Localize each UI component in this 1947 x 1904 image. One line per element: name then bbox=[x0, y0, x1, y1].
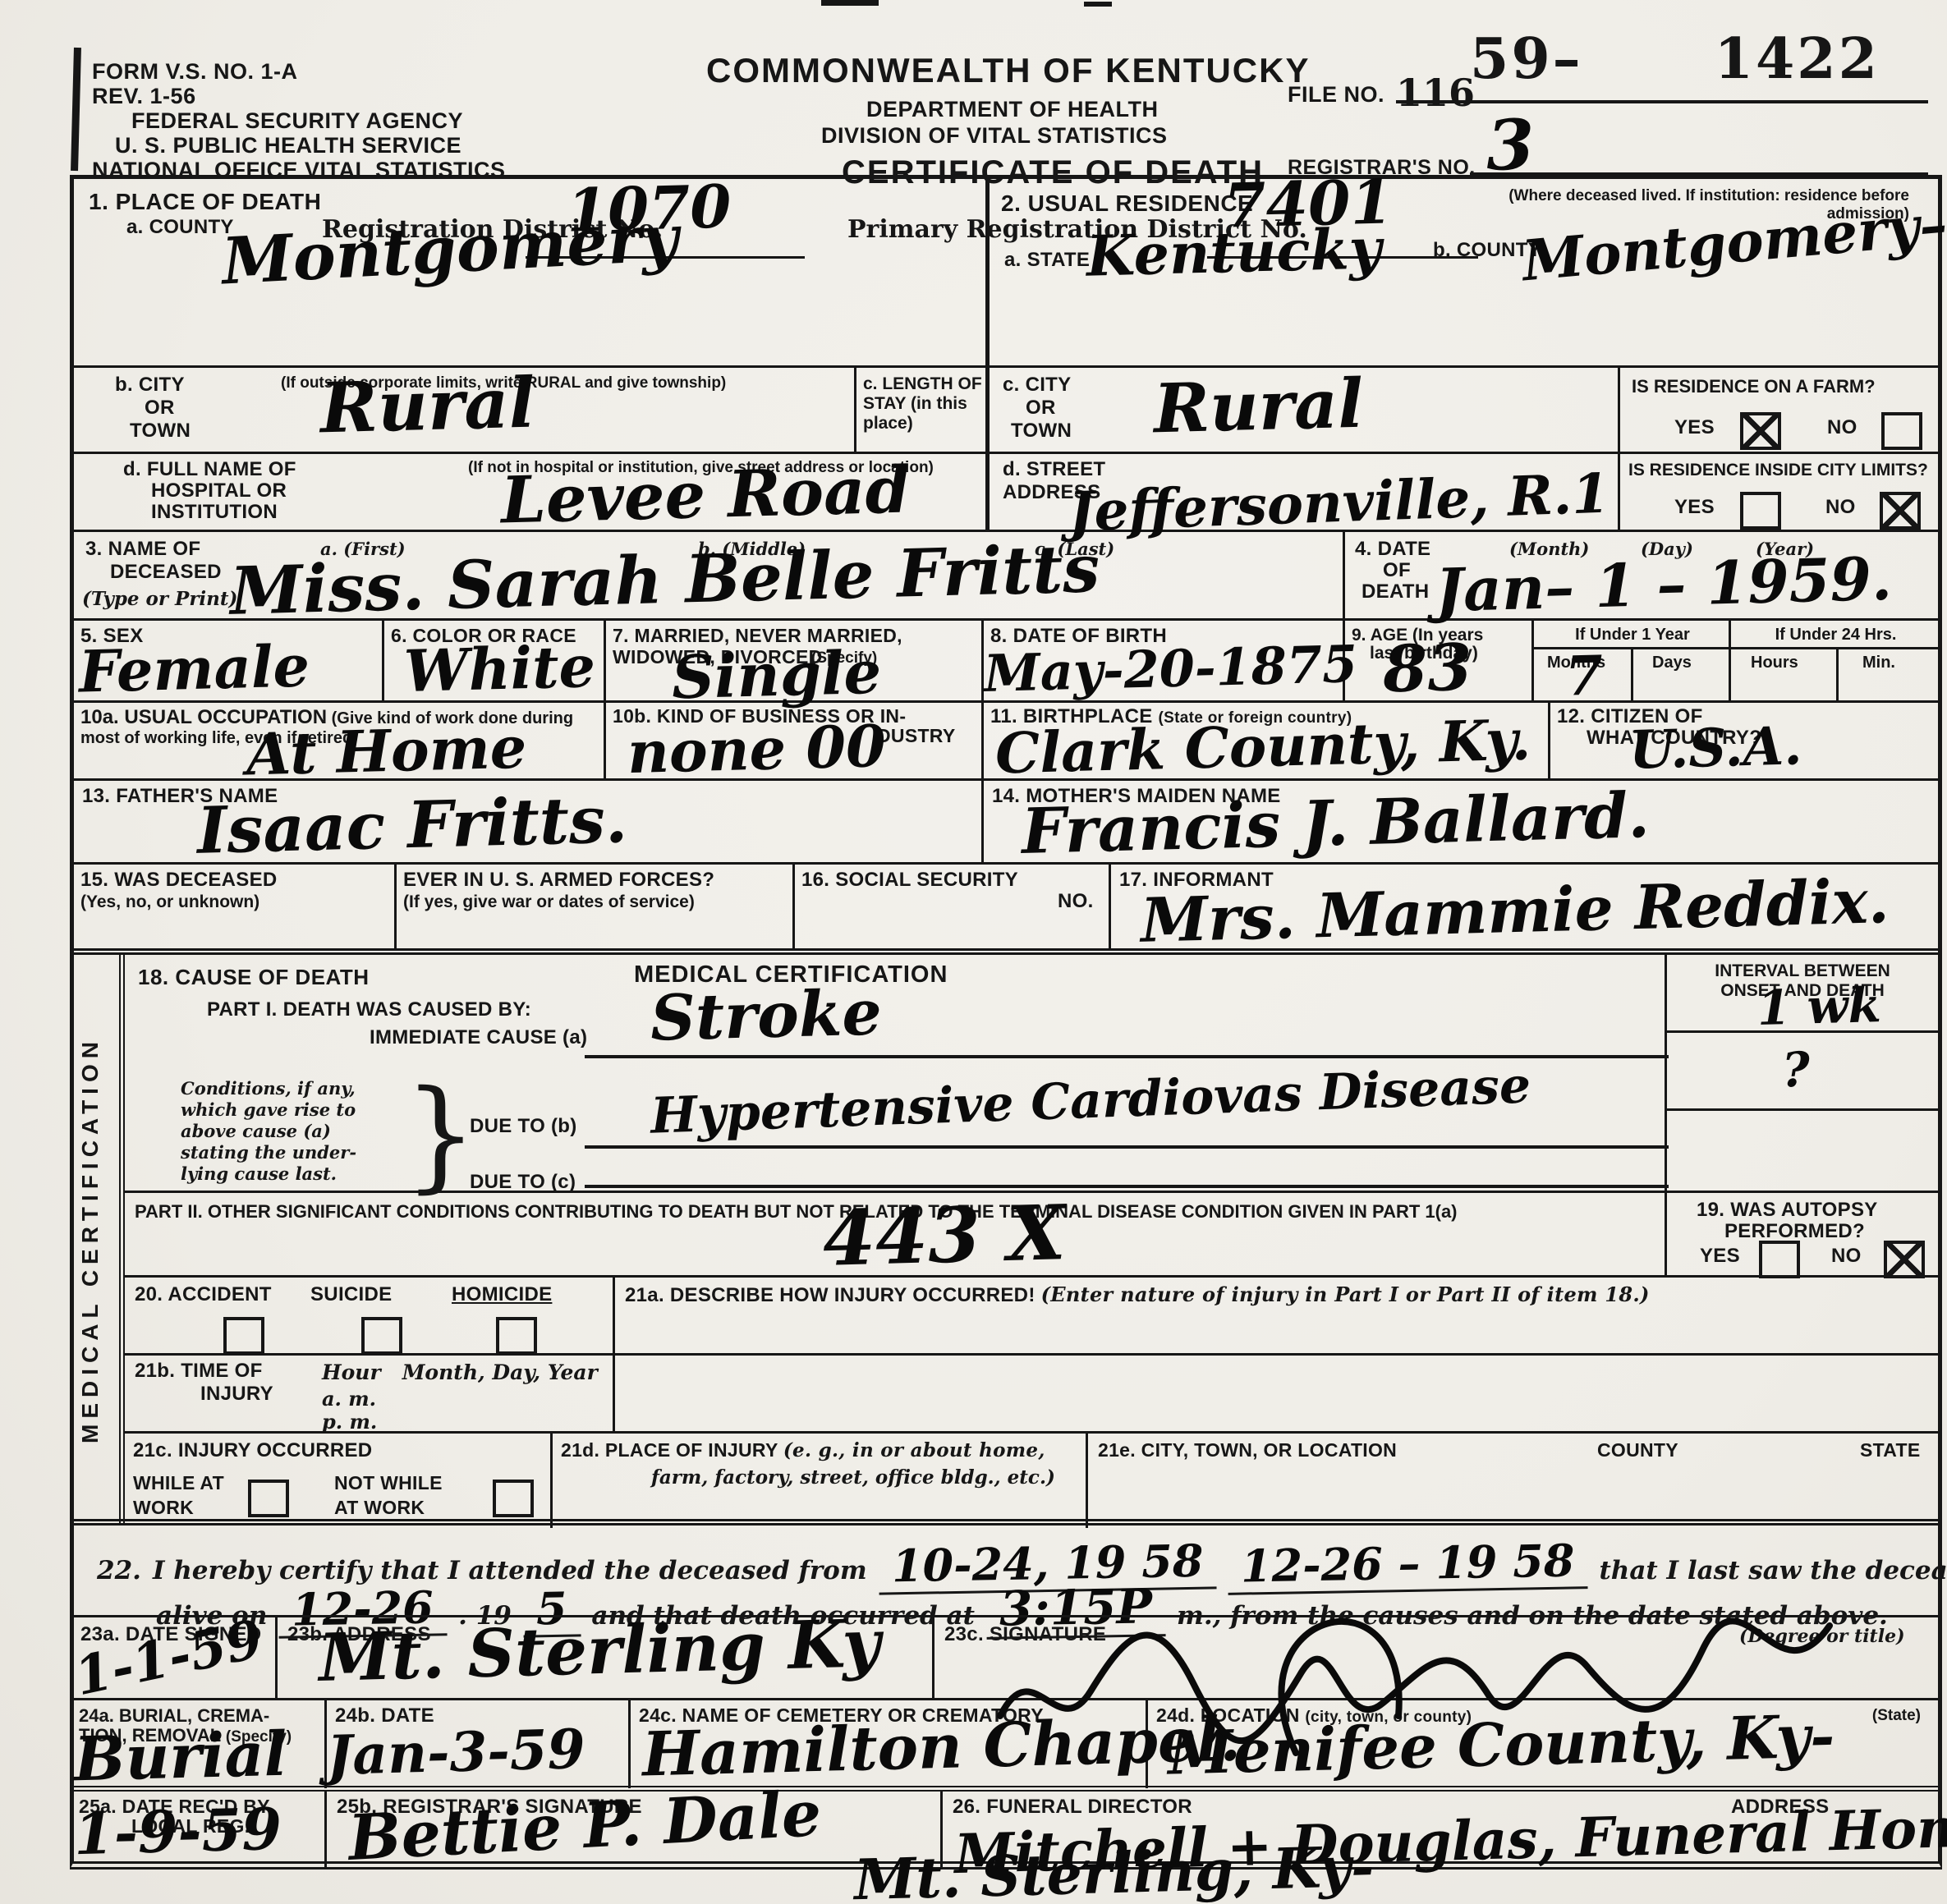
limits-question: IS RESIDENCE INSIDE CITY LIMITS? bbox=[1628, 461, 1928, 480]
usual-residence-title: 2. USUAL RESIDENCE bbox=[1001, 190, 1253, 217]
injury-occurred-cell: 21c. INJURY OCCURRED WHILE AT WORK NOT W… bbox=[125, 1434, 550, 1528]
name-label-1: 3. NAME OF bbox=[85, 539, 200, 560]
agency-line-1: FEDERAL SECURITY AGENCY bbox=[131, 108, 463, 134]
autopsy-yes-label: YES bbox=[1700, 1246, 1740, 1267]
while-at-label-2: WORK bbox=[133, 1498, 194, 1518]
describe-injury-cell: 21a. DESCRIBE HOW INJURY OCCURRED! (Ente… bbox=[613, 1278, 1938, 1356]
injury-city-label: 21e. CITY, TOWN, OR LOCATION bbox=[1098, 1440, 1397, 1461]
sex-cell: 5. SEX Female bbox=[74, 621, 382, 703]
place-of-injury-note-1: (e. g., in or about home, bbox=[783, 1439, 1045, 1461]
father-cell: 13. FATHER'S NAME Isaac Fritts. bbox=[74, 781, 981, 865]
cause-of-death-label: 18. CAUSE OF DEATH bbox=[138, 965, 370, 990]
file-stamp-value: 59– 1422 bbox=[1470, 26, 1880, 92]
place-of-injury-text: 21d. PLACE OF INJURY bbox=[561, 1439, 778, 1461]
residence-city-label-1: c. CITY bbox=[1003, 374, 1071, 396]
mother-cell: 14. MOTHER'S MAIDEN NAME Francis J. Ball… bbox=[981, 781, 1940, 865]
ssn-label-2: NO. bbox=[1058, 891, 1094, 912]
autopsy-label-1: 19. WAS AUTOPSY bbox=[1697, 1200, 1878, 1221]
under-1-vline bbox=[1631, 647, 1633, 703]
suicide-checkbox bbox=[361, 1317, 402, 1355]
not-while-label-2: AT WORK bbox=[334, 1498, 425, 1518]
death-certificate-scan: FORM V.S. NO. 1-A REV. 1-56 FEDERAL SECU… bbox=[0, 0, 1947, 1904]
form-number: FORM V.S. NO. 1-A bbox=[92, 59, 298, 85]
form-revision: REV. 1-56 bbox=[92, 84, 196, 109]
signer-address-cell: 23b. ADDRESS Mt. Sterling Ky bbox=[275, 1617, 934, 1700]
time-injury-label-2: INJURY bbox=[200, 1383, 273, 1405]
days-label: Days bbox=[1652, 654, 1692, 672]
place-city-label-3: TOWN bbox=[130, 420, 191, 442]
funeral-director-city-overflow: Mt. Sterling, Ky- bbox=[853, 1839, 1375, 1904]
was-deceased-label: 15. WAS DECEASED bbox=[80, 869, 278, 891]
row-occupation: 10a. USUAL OCCUPATION (Give kind of work… bbox=[74, 700, 1938, 781]
page-title: COMMONWEALTH OF KENTUCKY bbox=[706, 51, 1310, 90]
race-value: White bbox=[403, 638, 596, 700]
name-label-2: DECEASED bbox=[110, 562, 222, 583]
occupation-cell: 10a. USUAL OCCUPATION (Give kind of work… bbox=[74, 703, 604, 781]
deceased-name-value: Miss. Sarah Belle Fritts bbox=[229, 535, 1100, 624]
due-to-b-label: DUE TO (b) bbox=[470, 1116, 577, 1137]
birthplace-cell: 11. BIRTHPLACE (State or foreign country… bbox=[981, 703, 1550, 781]
ssn-cell: 16. SOCIAL SECURITY NO. bbox=[792, 865, 1111, 951]
immediate-cause-label: IMMEDIATE CAUSE (a) bbox=[370, 1027, 587, 1048]
autopsy-no-label: NO bbox=[1831, 1246, 1862, 1267]
row-signed: 23a. DATE SIGNED 1-1-59 23b. ADDRESS Mt.… bbox=[74, 1615, 1938, 1700]
stay-label-1: c. LENGTH OF bbox=[863, 374, 982, 394]
residence-farm-cell: IS RESIDENCE ON A FARM? YES NO bbox=[1618, 368, 1940, 454]
hospital-cell: d. FULL NAME OF HOSPITAL OR INSTITUTION … bbox=[74, 454, 985, 532]
hospital-label-1: d. FULL NAME OF bbox=[123, 459, 296, 480]
conditions-line-4: stating the under- bbox=[181, 1142, 356, 1163]
deceased-name-cell: 3. NAME OF DECEASED (Type or Print) a. (… bbox=[74, 532, 1343, 621]
residence-state-label: a. STATE bbox=[1004, 250, 1090, 271]
date-received-cell: 25a. DATE REC'D BY LOCAL REG. 1-9-59 bbox=[74, 1792, 324, 1867]
place-of-injury-note-2: farm, factory, street, office bldg., etc… bbox=[651, 1466, 1055, 1489]
place-city-value: Rural bbox=[319, 369, 536, 443]
time-of-injury-cell: 21b. TIME OF INJURY Hour Month, Day, Yea… bbox=[125, 1356, 615, 1434]
business-cell: 10b. KIND OF BUSINESS OR IN- DUSTRY none… bbox=[604, 703, 984, 781]
age-cell: 9. AGE (In years last birthday) 83 bbox=[1343, 621, 1534, 703]
homicide-label: HOMICIDE bbox=[452, 1284, 552, 1305]
informant-cell: 17. INFORMANT Mrs. Mammie Reddix. bbox=[1109, 865, 1940, 951]
limits-yes-label: YES bbox=[1674, 497, 1715, 518]
file-no-underline bbox=[1396, 100, 1928, 103]
marital-value: Single bbox=[671, 643, 882, 708]
street-label-1: d. STREET bbox=[1003, 459, 1105, 480]
interval-b-cell: ? bbox=[1667, 1033, 1938, 1111]
burial-location-state-note: (State) bbox=[1872, 1707, 1921, 1725]
limits-yes-checkbox bbox=[1740, 492, 1781, 530]
dod-label-1: 4. DATE bbox=[1355, 539, 1430, 560]
burial-value: Burial bbox=[73, 1724, 287, 1791]
residence-city-value: Rural bbox=[1153, 370, 1364, 443]
citizen-cell: 12. CITIZEN OF WHAT COUNTRY? U.S.A. bbox=[1548, 703, 1940, 781]
ssn-label-1: 16. SOCIAL SECURITY bbox=[801, 869, 1018, 891]
signer-address-value: Mt. Sterling Ky bbox=[318, 1610, 881, 1691]
min-label: Min. bbox=[1862, 654, 1895, 672]
place-city-label-2: OR bbox=[145, 397, 175, 419]
accident-checkbox bbox=[223, 1317, 264, 1355]
county-label: a. COUNTY bbox=[126, 217, 234, 238]
residence-city-label-3: TOWN bbox=[1011, 420, 1072, 442]
burial-date-cell: 24b. DATE Jan-3-59 bbox=[324, 1700, 631, 1788]
hospital-value: Levee Road bbox=[500, 458, 911, 533]
injury-occurred-label: 21c. INJURY OCCURRED bbox=[133, 1440, 372, 1461]
row-city-farm: b. CITY OR TOWN (If outside corporate li… bbox=[74, 365, 1938, 454]
registrar-signature-cell: 25b. REGISTRAR'S SIGNATURE Bettie P. Dal… bbox=[324, 1792, 943, 1867]
marital-cell: 7. MARRIED, NEVER MARRIED, WIDOWED, DIVO… bbox=[604, 621, 984, 703]
agency-line-2: U. S. PUBLIC HEALTH SERVICE bbox=[115, 133, 461, 158]
not-while-label-1: NOT WHILE bbox=[334, 1473, 443, 1493]
cause-of-death-area: 18. CAUSE OF DEATH MEDICAL CERTIFICATION… bbox=[125, 955, 1938, 1191]
injury-location-area: 21c. INJURY OCCURRED WHILE AT WORK NOT W… bbox=[125, 1431, 1938, 1528]
usual-residence-cell: 2. USUAL RESIDENCE (Where deceased lived… bbox=[985, 179, 1942, 365]
farm-yes-checkbox bbox=[1740, 412, 1781, 450]
date-received-value: 1-9-59 bbox=[73, 1801, 282, 1864]
medical-certification-block: MEDICAL CERTIFICATION 18. CAUSE OF DEATH… bbox=[74, 948, 1938, 1525]
conditions-line-3: above cause (a) bbox=[181, 1121, 331, 1141]
conditions-brace: } bbox=[404, 1065, 477, 1205]
suicide-label: SUICIDE bbox=[310, 1284, 392, 1305]
dob-value: May-20-1875 bbox=[983, 639, 1358, 700]
farm-no-checkbox bbox=[1881, 412, 1922, 450]
under-24-title: If Under 24 Hrs. bbox=[1731, 626, 1940, 645]
place-of-death-title: 1. PLACE OF DEATH bbox=[89, 189, 321, 215]
interval-value: 1 wk bbox=[1756, 981, 1881, 1032]
while-at-work-checkbox bbox=[248, 1480, 289, 1517]
physician-signature-scrawl bbox=[984, 1560, 1854, 1757]
time-injury-columns: Hour Month, Day, Year bbox=[322, 1360, 598, 1384]
dod-label-2: OF bbox=[1383, 560, 1411, 581]
cause-b-line bbox=[585, 1145, 1669, 1149]
certify-number: 22. bbox=[97, 1556, 141, 1585]
scan-corner-mark bbox=[71, 48, 81, 171]
citizen-value: U.S.A. bbox=[1628, 720, 1802, 777]
residence-city-label-2: OR bbox=[1026, 397, 1056, 419]
limits-no-checkbox bbox=[1880, 492, 1921, 530]
under-1-year-cell: If Under 1 Year Months Days 7 bbox=[1531, 621, 1731, 703]
farm-no-label: NO bbox=[1827, 417, 1857, 438]
file-no-value: 116 bbox=[1396, 71, 1475, 115]
row-parents: 13. FATHER'S NAME Isaac Fritts. 14. MOTH… bbox=[74, 778, 1938, 865]
street-address-cell: d. STREET ADDRESS Jeffersonville, R.1 bbox=[985, 454, 1622, 532]
immediate-cause-value: Stroke bbox=[650, 981, 883, 1049]
interval-cell: INTERVAL BETWEEN ONSET AND DEATH 1 wk bbox=[1667, 955, 1938, 1033]
was-deceased-note: (Yes, no, or unknown) bbox=[80, 892, 259, 912]
county-value: Montgomery bbox=[220, 206, 680, 294]
autopsy-yes-checkbox bbox=[1759, 1241, 1800, 1278]
describe-injury-text: 21a. DESCRIBE HOW INJURY OCCURRED! bbox=[625, 1284, 1035, 1306]
residence-state-value: Kentucky bbox=[1086, 221, 1382, 284]
accident-label: 20. ACCIDENT bbox=[135, 1284, 272, 1305]
place-of-injury-label: 21d. PLACE OF INJURY (e. g., in or about… bbox=[561, 1440, 1045, 1461]
residence-city-cell: c. CITY OR TOWN Rural bbox=[985, 368, 1622, 454]
row-hospital-street: d. FULL NAME OF HOSPITAL OR INSTITUTION … bbox=[74, 452, 1938, 532]
autopsy-no-checkbox bbox=[1884, 1241, 1925, 1278]
farm-yes-label: YES bbox=[1674, 417, 1715, 438]
funeral-director-label: 26. FUNERAL DIRECTOR bbox=[953, 1796, 1192, 1818]
place-city-label-1: b. CITY bbox=[115, 374, 185, 396]
father-value: Isaac Fritts. bbox=[196, 788, 628, 864]
date-signed-cell: 23a. DATE SIGNED 1-1-59 bbox=[74, 1617, 275, 1700]
months-value: 7 bbox=[1564, 648, 1604, 703]
cause-c-line bbox=[585, 1185, 1669, 1188]
medical-content: 18. CAUSE OF DEATH MEDICAL CERTIFICATION… bbox=[125, 955, 1938, 1525]
interval-b-value: ? bbox=[1781, 1046, 1810, 1094]
hours-label: Hours bbox=[1751, 654, 1798, 672]
autopsy-label-2: PERFORMED? bbox=[1724, 1221, 1865, 1242]
under-24-hrs-cell: If Under 24 Hrs. Hours Min. bbox=[1729, 621, 1940, 703]
place-of-injury-cell: 21d. PLACE OF INJURY (e. g., in or about… bbox=[550, 1434, 1088, 1528]
while-at-label-1: WHILE AT bbox=[133, 1473, 224, 1493]
manner-area: 20. ACCIDENT SUICIDE HOMICIDE 21a. DESCR… bbox=[125, 1275, 1938, 1356]
time-of-injury-area: 21b. TIME OF INJURY Hour Month, Day, Yea… bbox=[125, 1353, 1938, 1434]
injury-city-cell: 21e. CITY, TOWN, OR LOCATION COUNTY STAT… bbox=[1086, 1434, 1938, 1528]
row-name-dod: 3. NAME OF DECEASED (Type or Print) a. (… bbox=[74, 530, 1938, 621]
time-injury-pm: p. m. bbox=[322, 1410, 377, 1434]
mother-value: Francis J. Ballard. bbox=[1021, 784, 1650, 863]
part2-value: 443 X bbox=[822, 1195, 1067, 1277]
dod-value: Jan– 1 – 1959. bbox=[1435, 549, 1893, 621]
under-24-vline bbox=[1836, 647, 1839, 703]
interval-column: INTERVAL BETWEEN ONSET AND DEATH 1 wk ? bbox=[1665, 955, 1938, 1191]
armed-forces-note: (If yes, give war or dates of service) bbox=[403, 892, 695, 912]
hospital-label-3: INSTITUTION bbox=[151, 502, 278, 523]
autopsy-cell: 19. WAS AUTOPSY PERFORMED? YES NO bbox=[1665, 1193, 1938, 1278]
business-label-2: DUSTRY bbox=[877, 726, 956, 746]
scan-top-mark-2 bbox=[1084, 2, 1112, 7]
under-1-year-title: If Under 1 Year bbox=[1534, 626, 1731, 645]
time-injury-label-1: 21b. TIME OF bbox=[135, 1360, 263, 1382]
dob-cell: 8. DATE OF BIRTH May-20-1875 bbox=[981, 621, 1345, 703]
place-of-death-county-cell: 1. PLACE OF DEATH a. COUNTY Montgomery bbox=[74, 179, 985, 365]
street-value: Jeffersonville, R.1 bbox=[1068, 466, 1610, 539]
burial-date-value: Jan-3-59 bbox=[326, 1722, 585, 1782]
armed-forces-cell: EVER IN U. S. ARMED FORCES? (If yes, giv… bbox=[394, 865, 795, 951]
time-injury-am: a. m. bbox=[322, 1387, 376, 1411]
signature-cell: 23c. SIGNATURE (Degree or title) bbox=[932, 1617, 1940, 1700]
farm-question: IS RESIDENCE ON A FARM? bbox=[1632, 376, 1876, 397]
business-value: none 00 bbox=[627, 718, 887, 782]
date-of-death-cell: 4. DATE OF DEATH (Month) (Day) (Year) Ja… bbox=[1343, 532, 1940, 621]
homicide-checkbox bbox=[496, 1317, 537, 1355]
age-value: 83 bbox=[1382, 636, 1473, 703]
conditions-line-5: lying cause last. bbox=[181, 1163, 337, 1184]
length-of-stay-cell: c. LENGTH OF STAY (in this place) bbox=[854, 368, 988, 454]
manner-cell: 20. ACCIDENT SUICIDE HOMICIDE bbox=[125, 1278, 613, 1356]
name-label-3: (Type or Print) bbox=[82, 588, 237, 610]
part2-area: PART II. OTHER SIGNIFICANT CONDITIONS CO… bbox=[125, 1191, 1938, 1278]
race-cell: 6. COLOR OR RACE White bbox=[382, 621, 606, 703]
medical-side-strip: MEDICAL CERTIFICATION bbox=[74, 955, 125, 1525]
due-to-b-value: Hypertensive Cardiovas Disease bbox=[650, 1061, 1531, 1140]
burial-cell: 24a. BURIAL, CREMA- TION, REMOVAL (Speci… bbox=[74, 1700, 324, 1788]
conditions-line-1: Conditions, if any, bbox=[181, 1078, 356, 1099]
conditions-line-2: which gave rise to bbox=[181, 1099, 356, 1120]
occupation-value: At Home bbox=[246, 719, 527, 784]
stay-label-2: STAY (in this place) bbox=[863, 394, 982, 434]
row-place-residence: 1. PLACE OF DEATH a. COUNTY Montgomery 2… bbox=[74, 179, 1938, 365]
informant-value: Mrs. Mammie Reddix. bbox=[1140, 871, 1890, 952]
birthplace-value: Clark County, Ky. bbox=[994, 712, 1531, 782]
medical-strip-label: MEDICAL CERTIFICATION bbox=[77, 980, 115, 1501]
injury-state-label: STATE bbox=[1860, 1440, 1920, 1461]
dod-label-3: DEATH bbox=[1362, 581, 1429, 603]
limits-no-label: NO bbox=[1825, 497, 1856, 518]
injury-county-label: COUNTY bbox=[1597, 1440, 1678, 1461]
part1-label: PART I. DEATH WAS CAUSED BY: bbox=[207, 999, 531, 1021]
row-demographics: 5. SEX Female 6. COLOR OR RACE White 7. … bbox=[74, 618, 1938, 703]
scan-top-mark bbox=[821, 0, 879, 6]
describe-injury-note: (Enter nature of injury in Part I or Par… bbox=[1041, 1282, 1650, 1306]
hospital-label-2: HOSPITAL OR bbox=[151, 480, 287, 502]
sex-value: Female bbox=[78, 637, 310, 700]
not-while-at-work-checkbox bbox=[493, 1480, 534, 1517]
certificate-form: 1. PLACE OF DEATH a. COUNTY Montgomery 2… bbox=[70, 175, 1942, 1870]
row-service-informant: 15. WAS DECEASED (Yes, no, or unknown) E… bbox=[74, 862, 1938, 951]
was-deceased-cell: 15. WAS DECEASED (Yes, no, or unknown) bbox=[74, 865, 394, 951]
division-subtitle: DIVISION OF VITAL STATISTICS bbox=[821, 123, 1168, 149]
city-limits-cell: IS RESIDENCE INSIDE CITY LIMITS? YES NO bbox=[1618, 454, 1940, 532]
department-subtitle: DEPARTMENT OF HEALTH bbox=[866, 97, 1158, 122]
describe-injury-label: 21a. DESCRIBE HOW INJURY OCCURRED! (Ente… bbox=[625, 1284, 1650, 1306]
place-city-cell: b. CITY OR TOWN (If outside corporate li… bbox=[74, 368, 854, 454]
registrar-no-value: 3 bbox=[1486, 110, 1536, 181]
armed-forces-label: EVER IN U. S. ARMED FORCES? bbox=[403, 869, 714, 891]
file-no-label: FILE NO. bbox=[1288, 82, 1384, 108]
